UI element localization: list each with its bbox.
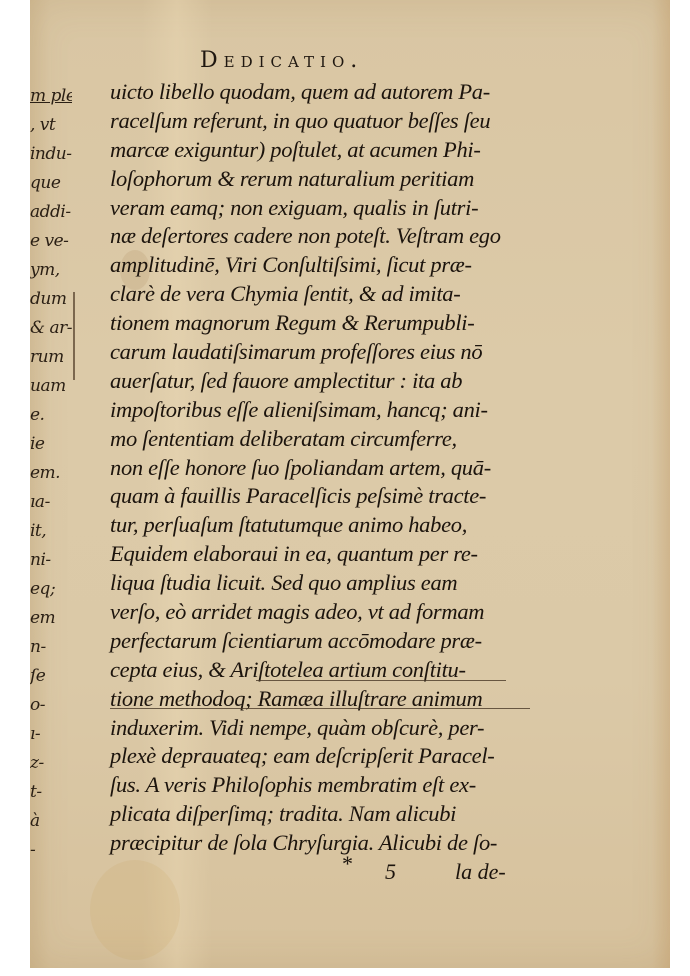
signature-number: 5	[385, 859, 396, 885]
text-line: liqua ſtudia licuit. Sed quo amplius eam	[110, 569, 530, 598]
page-footer: * 5 la de-	[110, 855, 530, 885]
facing-fragment: indu-	[30, 140, 72, 169]
facing-fragment: e.	[30, 401, 72, 430]
facing-fragment: em.	[30, 459, 72, 488]
text-line: clarè de vera Chymia ſentit, & ad imita-	[110, 280, 530, 309]
text-line: uicto libello quodam, quem ad autorem Pa…	[110, 78, 530, 107]
facing-page-fragments: m ple- , vt indu- que addi- e ve- ym, du…	[30, 82, 72, 865]
text-line: tur, perſuaſum ſtatutumque animo habeo,	[110, 511, 530, 540]
facing-fragment: & ar-	[30, 314, 72, 343]
facing-fragment: -	[30, 836, 72, 865]
facing-fragment: uam	[30, 372, 72, 401]
catchword: la de-	[455, 859, 506, 885]
facing-fragment: ſe	[30, 662, 72, 691]
facing-fragment: que	[30, 169, 72, 198]
facing-fragment: em	[30, 604, 72, 633]
facing-fragment: m ple-	[30, 82, 72, 111]
running-head: Dedicatio.	[200, 48, 440, 73]
text-line: præcipitur de ſola Chryſurgia. Alicubi d…	[110, 829, 530, 858]
facing-fragment: ym,	[30, 256, 72, 285]
facing-fragment: ie	[30, 430, 72, 459]
text-line: tione methodoq; Ramæa illuſtrare animum	[110, 685, 530, 714]
text-line: tionem magnorum Regum & Rerumpubli-	[110, 309, 530, 338]
text-line: induxerim. Vidi nempe, quàm obſcurè, per…	[110, 714, 530, 743]
text-line: carum laudatiſsimarum profeſſores eius n…	[110, 338, 530, 367]
text-line: quam à fauillis Paracelſicis peſsimè tra…	[110, 482, 530, 511]
facing-fragment: n-	[30, 633, 72, 662]
facing-fragment: e ve-	[30, 227, 72, 256]
text-line: veram eamq; non exiguam, qualis in ſutri…	[110, 194, 530, 223]
text-line: loſophorum & rerum naturalium peritiam	[110, 165, 530, 194]
facing-fragment: ı-	[30, 720, 72, 749]
facing-fragment: ni-	[30, 546, 72, 575]
text-line: næ deſertores cadere non poteſt. Veſtram…	[110, 222, 530, 251]
facing-fragment: addi-	[30, 198, 72, 227]
text-line: ſus. A veris Philoſophis membratim eſt e…	[110, 771, 530, 800]
text-line: non eſſe honore ſuo ſpoliandam artem, qu…	[110, 454, 530, 483]
facing-fragment: eq;	[30, 575, 72, 604]
text-line: plicata diſperſimq; tradita. Nam alicubi	[110, 800, 530, 829]
facing-fragment: , vt	[30, 111, 72, 140]
handwritten-underline	[110, 708, 530, 709]
facing-fragment: rum	[30, 343, 72, 372]
facing-fragment: it,	[30, 517, 72, 546]
facing-fragment: à	[30, 807, 72, 836]
facing-fragment: o-	[30, 691, 72, 720]
handwritten-underline	[256, 680, 506, 681]
facing-fragment: dum	[30, 285, 72, 314]
facing-fragment: t-	[30, 778, 72, 807]
facing-fragment: ıa-	[30, 488, 72, 517]
text-line: auerſatur, ſed fauore amplectitur : ita …	[110, 367, 530, 396]
text-line: racelſum referunt, in quo quatuor beſſes…	[110, 107, 530, 136]
dedication-body-text: uicto libello quodam, quem ad autorem Pa…	[110, 78, 530, 858]
signature-mark: *	[342, 851, 353, 877]
text-line: impoſtoribus eſſe alieniſsimam, hancq; a…	[110, 396, 530, 425]
text-line: marcæ exiguntur) poſtulet, at acumen Phi…	[110, 136, 530, 165]
gutter-margin-rule	[73, 292, 75, 380]
text-line: plexè deprauateq; eam deſcripſerit Parac…	[110, 742, 530, 771]
text-line: mo ſententiam deliberatam circumferre,	[110, 425, 530, 454]
facing-fragment: z-	[30, 749, 72, 778]
text-line: amplitudinē, Viri Conſultiſsimi, ſicut p…	[110, 251, 530, 280]
text-line: Equidem elaboraui in ea, quantum per re-	[110, 540, 530, 569]
text-line: perfectarum ſcientiarum accōmodare præ-	[110, 627, 530, 656]
text-line: verſo, eò arridet magis adeo, vt ad form…	[110, 598, 530, 627]
